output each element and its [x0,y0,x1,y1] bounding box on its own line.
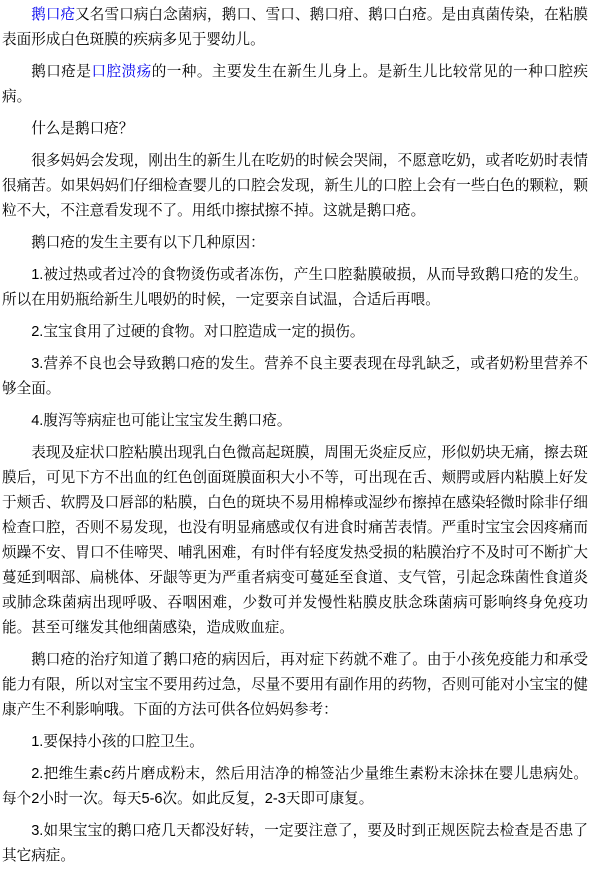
text-run: 1.要保持小孩的口腔卫生。 [31,734,204,750]
article-paragraph: 2.把维生素c药片磨成粉末，然后用洁净的棉签沾少量维生素粉末涂抹在婴儿患病处。每… [2,762,588,812]
text-run: 很多妈妈会发现，刚出生的新生儿在吃奶的时候会哭闹，不愿意吃奶，或者吃奶时表情很痛… [2,153,588,219]
text-run: 3.如果宝宝的鹅口疮几天都没好转，一定要注意了，要及时到正规医院去检查是否患了其… [2,823,588,864]
text-run: 鹅口疮是 [31,64,91,80]
text-run: 1.被过热或者过冷的食物烫伤或者冻伤，产生口腔黏膜破损，从而导致鹅口疮的发生。所… [2,267,588,308]
text-run: 2.宝宝食用了过硬的食物。对口腔造成一定的损伤。 [31,324,364,340]
text-run: 什么是鹅口疮？ [31,121,133,137]
text-run: 表现及症状口腔粘膜出现乳白色微高起斑膜，周围无炎症反应，形似奶块无痛，擦去斑膜后… [2,445,588,636]
text-run: 又名雪口病白念菌病，鹅口、雪口、鹅口疳、鹅口白疮。是由真菌传染，在粘膜表面形成白… [2,7,588,48]
article-paragraph: 4.腹泻等病症也可能让宝宝发生鹅口疮。 [2,409,588,434]
article-paragraph: 2.宝宝食用了过硬的食物。对口腔造成一定的损伤。 [2,320,588,345]
article-paragraph: 3.营养不良也会导致鹅口疮的发生。营养不良主要表现在母乳缺乏，或者奶粉里营养不够… [2,352,588,402]
text-run: 鹅口疮的治疗知道了鹅口疮的病因后，再对症下药就不难了。由于小孩免疫能力和承受能力… [2,652,588,718]
article-paragraph: 1.要保持小孩的口腔卫生。 [2,730,588,755]
article-paragraph: 表现及症状口腔粘膜出现乳白色微高起斑膜，周围无炎症反应，形似奶块无痛，擦去斑膜后… [2,441,588,641]
article-body: 鹅口疮又名雪口病白念菌病，鹅口、雪口、鹅口疳、鹅口白疮。是由真菌传染，在粘膜表面… [0,0,590,882]
text-run: 4.腹泻等病症也可能让宝宝发生鹅口疮。 [31,413,291,429]
article-paragraph: 鹅口疮是口腔溃疡的一种。主要发生在新生儿身上。是新生儿比较常见的一种口腔疾病。 [2,60,588,110]
article-paragraph: 3.如果宝宝的鹅口疮几天都没好转，一定要注意了，要及时到正规医院去检查是否患了其… [2,819,588,869]
text-run: 2.把维生素c药片磨成粉末，然后用洁净的棉签沾少量维生素粉末涂抹在婴儿患病处。每… [2,766,588,807]
article-paragraph: 什么是鹅口疮？ [2,117,588,142]
text-run: 鹅口疮的发生主要有以下几种原因： [31,235,265,251]
article-paragraph: 很多妈妈会发现，刚出生的新生儿在吃奶的时候会哭闹，不愿意吃奶，或者吃奶时表情很痛… [2,149,588,224]
article-paragraph: 鹅口疮的发生主要有以下几种原因： [2,231,588,256]
inline-link[interactable]: 口腔溃疡 [91,64,151,80]
inline-link[interactable]: 鹅口疮 [31,7,75,23]
article-paragraph: 鹅口疮的治疗知道了鹅口疮的病因后，再对症下药就不难了。由于小孩免疫能力和承受能力… [2,648,588,723]
article-paragraph: 鹅口疮又名雪口病白念菌病，鹅口、雪口、鹅口疳、鹅口白疮。是由真菌传染，在粘膜表面… [2,3,588,53]
article-paragraph: 1.被过热或者过冷的食物烫伤或者冻伤，产生口腔黏膜破损，从而导致鹅口疮的发生。所… [2,263,588,313]
text-run: 3.营养不良也会导致鹅口疮的发生。营养不良主要表现在母乳缺乏，或者奶粉里营养不够… [2,356,588,397]
